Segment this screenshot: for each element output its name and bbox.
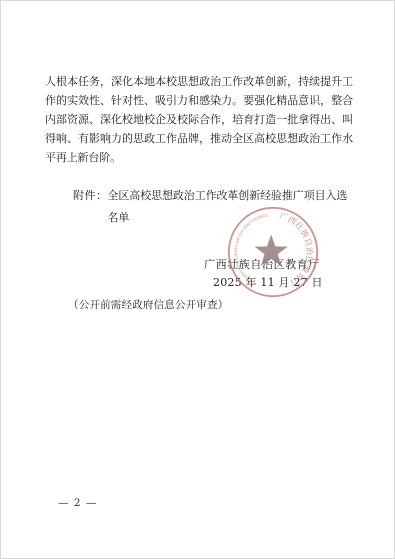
attachment-text: 全区高校思想政治工作改革创新经验推广项目入选名单 [108, 185, 352, 228]
attachment-label: 附件： [73, 185, 108, 207]
disclosure-review-note: （公开前需经政府信息公开审查） [68, 298, 229, 312]
page-number: — 2 — [58, 497, 97, 509]
issue-date: 2025 年 11 月 27 日 [213, 276, 323, 289]
attachment-line: 附件： 全区高校思想政治工作改革创新经验推广项目入选名单 [73, 185, 352, 228]
issuer-signature: 广西壮族自治区教育厅 [204, 258, 320, 271]
body-paragraph: 人根本任务，深化本地本校思想政治工作改革创新，持续提升工作的实效性、针对性、吸引… [45, 72, 353, 167]
document-page: 人根本任务，深化本地本校思想政治工作改革创新，持续提升工作的实效性、针对性、吸引… [0, 0, 395, 559]
